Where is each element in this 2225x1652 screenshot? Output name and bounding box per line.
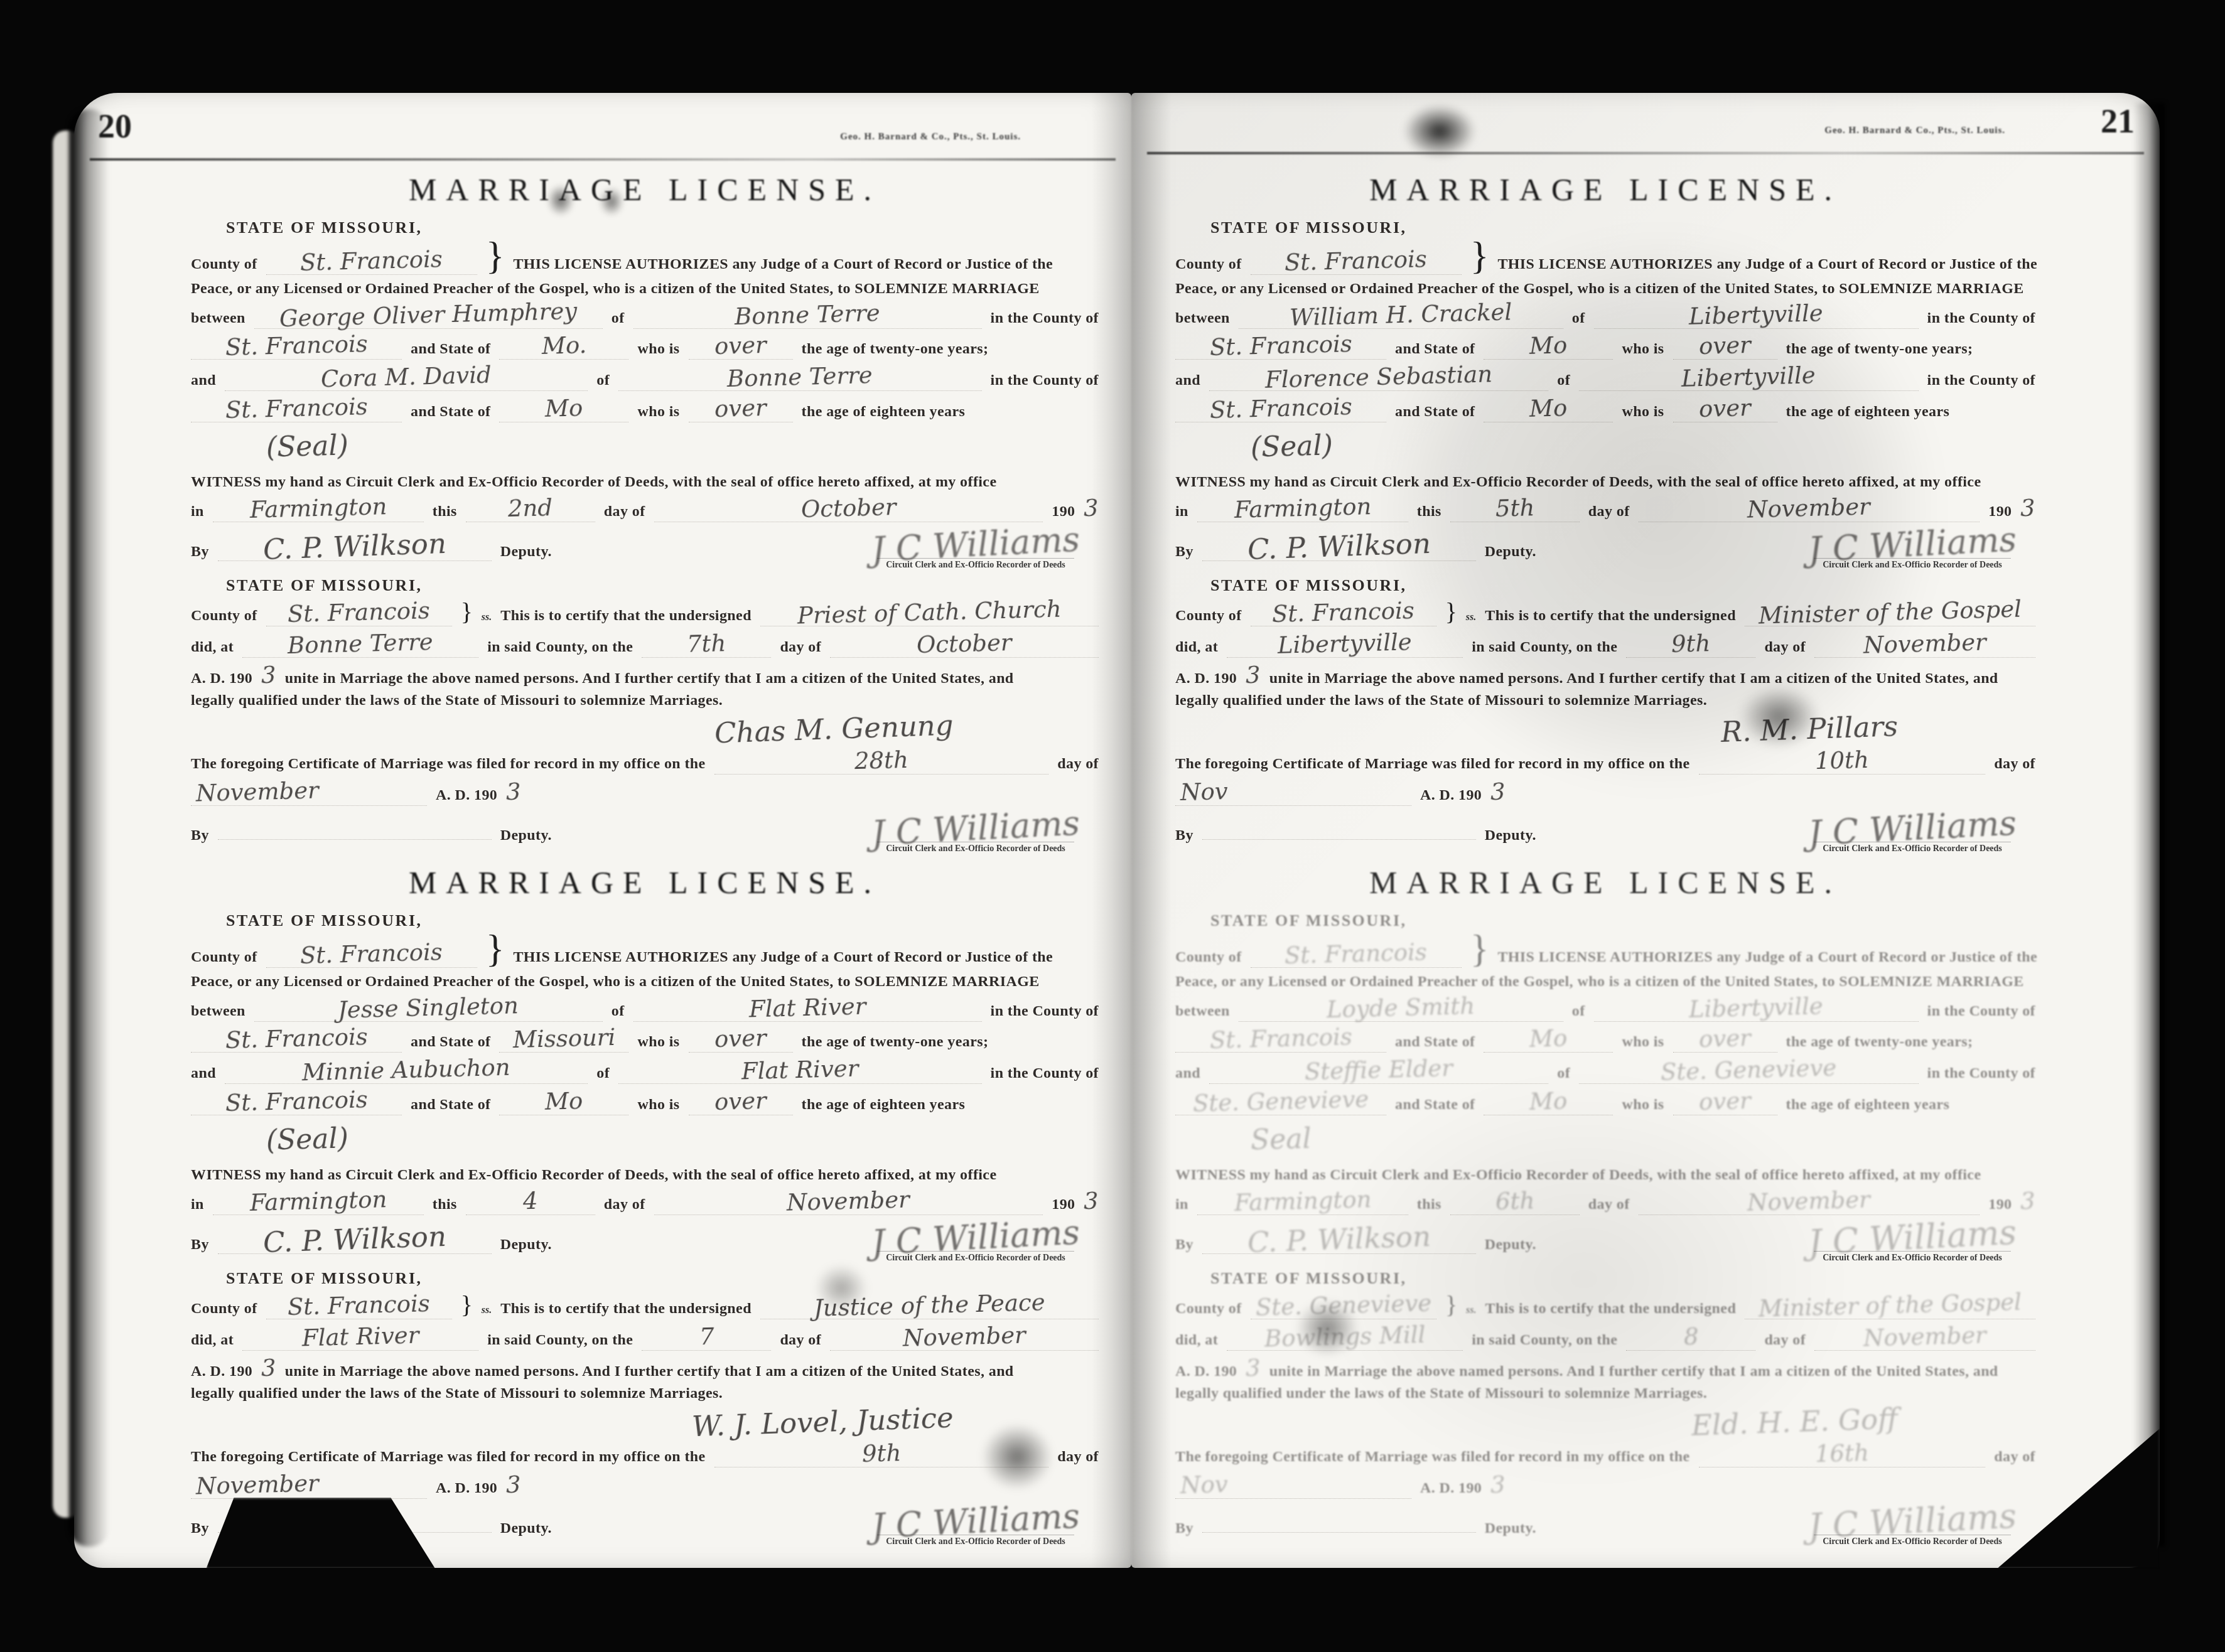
age-21-label: the age of twenty-one years; — [802, 1034, 989, 1051]
blank-line: Ste. Genevieve — [1579, 1058, 1918, 1084]
clerk-signature-block: J C Williams Circuit Clerk and Ex-Offici… — [1808, 1504, 2017, 1547]
by-label: By — [1175, 544, 1193, 560]
brace-glyph: } — [461, 603, 473, 621]
in-label: in — [191, 503, 204, 520]
blank-line: over — [689, 1090, 793, 1115]
bride-state-value: Mo — [1529, 396, 1568, 421]
officiant-title-value: Justice of the Peace — [814, 1290, 1045, 1320]
between-label: between — [191, 310, 245, 327]
bride-over-value: over — [714, 396, 767, 421]
this-label: this — [433, 503, 457, 520]
unite-text: unite in Marriage the above named person… — [285, 670, 1014, 687]
state-of-label: STATE OF MISSOURI, — [1210, 576, 1407, 595]
day-of-label: day of — [1994, 1449, 2035, 1466]
row: Peace, or any Licensed or Ordained Preac… — [191, 973, 1099, 990]
blank-line: Bonne Terre — [242, 632, 478, 658]
clerk-signature: J C Williams — [1807, 1215, 2017, 1260]
county-value: St. Francois — [1285, 247, 1428, 274]
county-of-label: County of — [191, 949, 257, 966]
witness-month-value: October — [800, 495, 896, 521]
blank-line — [218, 814, 492, 840]
row: County of St. Francois } THIS LICENSE AU… — [191, 243, 1099, 275]
this-label: this — [1417, 1196, 1441, 1213]
bride-county-value: Ste. Genevieve — [1192, 1088, 1369, 1115]
groom-state-value: Mo — [1529, 334, 1568, 358]
blank-line: William H. Crackel — [1239, 303, 1563, 329]
row: County of St. Francois } ss. This is to … — [191, 601, 1099, 626]
row: St. Francois and State of Mo who is over… — [1175, 397, 2035, 422]
page-right: 21 Geo. H. Barnard & Co., Pts., St. Loui… — [1131, 93, 2160, 1568]
who-is-label: who is — [637, 404, 679, 421]
ad-190-label: A. D. 190 — [191, 670, 252, 687]
row: STATE OF MISSOURI, — [226, 218, 1099, 237]
authorizes-text-1: THIS LICENSE AUTHORIZES any Judge of a C… — [513, 949, 1053, 966]
foregoing-text: The foregoing Certificate of Marriage wa… — [191, 756, 706, 773]
in-county-label: in the County of — [1927, 1065, 2035, 1082]
blank-line: St. Francois — [191, 397, 402, 422]
brace-glyph: } — [1445, 603, 1457, 621]
blank-line: Flat River — [633, 996, 982, 1022]
filed-month-value: November — [196, 779, 320, 805]
row: By C. P. Wilkson Deputy. J C Williams Ci… — [191, 528, 1099, 571]
blank-line: 2nd — [466, 496, 595, 522]
witness-text: WITNESS my hand as Circuit Clerk and Ex-… — [1175, 1167, 1981, 1184]
groom-residence-value: Flat River — [748, 994, 866, 1021]
row: STATE OF MISSOURI, — [1210, 911, 2035, 930]
row: Chas M. Genung — [191, 715, 1099, 743]
year-190-label: 190 — [1052, 1196, 1075, 1213]
of-label: of — [1557, 1065, 1570, 1082]
row: legally qualified under the laws of the … — [1175, 692, 2035, 709]
and-state-label: and State of — [411, 341, 490, 358]
blank-line: Nov — [1175, 780, 1411, 806]
marriage-license-form-2: MARRIAGE LICENSE. STATE OF MISSOURI, Cou… — [191, 859, 1099, 1552]
ad-190-label: A. D. 190 — [1175, 1363, 1237, 1380]
filed-month-value: Nov — [1180, 780, 1229, 804]
marriage-license-form-1: MARRIAGE LICENSE. STATE OF MISSOURI, Cou… — [191, 166, 1099, 859]
bride-name-value: Cora M. David — [321, 363, 492, 391]
clerk-signature-block: J C Williams Circuit Clerk and Ex-Offici… — [871, 528, 1080, 571]
bride-name-value: Florence Sebastian — [1265, 363, 1493, 392]
in-county-label: in the County of — [1927, 1003, 2035, 1020]
county-of-label: County of — [191, 608, 257, 625]
clerk-signature-block: J C Williams Circuit Clerk and Ex-Offici… — [1808, 812, 2017, 854]
certify-text: This is to certify that the undersigned — [1485, 608, 1736, 625]
blank-line: 9th — [714, 1442, 1049, 1467]
blank-line: 16th — [1699, 1442, 1986, 1467]
bride-name-value: Minnie Aubuchon — [302, 1056, 510, 1085]
bride-county-value: St. Francois — [1209, 395, 1352, 422]
blank-line: Minister of the Gospel — [1745, 601, 2035, 626]
row: W. J. Lovel, Justice — [191, 1408, 1099, 1436]
bride-state-value: Mo — [545, 396, 583, 421]
and-label: and — [191, 372, 216, 389]
county-value: St. Francois — [300, 940, 443, 967]
day-of-label: day of — [780, 1332, 821, 1349]
state-of-label: STATE OF MISSOURI, — [1210, 911, 1407, 930]
blank-line: 9th — [1626, 632, 1755, 658]
deputy-label: Deputy. — [1485, 827, 1536, 844]
blank-line: Missouri — [499, 1027, 628, 1053]
day-of-label: day of — [1764, 1332, 1806, 1349]
blank-line: Farmington — [213, 496, 424, 522]
groom-over-value: over — [714, 333, 767, 358]
row: The foregoing Certificate of Marriage wa… — [1175, 1442, 2035, 1467]
ss-abbreviation: ss. — [1466, 1305, 1476, 1316]
county-of-label: County of — [1175, 256, 1242, 273]
top-rule-right — [1147, 152, 2145, 154]
officiant-signature: W. J. Lovel, Justice — [691, 1403, 954, 1441]
witness-month-value: November — [787, 1188, 910, 1214]
filed-day-value: 10th — [1815, 748, 1870, 773]
age-18-label: the age of eighteen years — [1786, 1097, 1950, 1113]
certify-text: This is to certify that the undersigned — [500, 608, 752, 625]
filed-month-value: November — [196, 1472, 320, 1498]
brace-glyph: } — [1445, 1296, 1457, 1314]
blank-line: 6th — [1450, 1189, 1580, 1215]
state-of-label: STATE OF MISSOURI, — [226, 218, 423, 237]
county-of-label: County of — [1175, 608, 1242, 625]
did-at-label: did, at — [191, 1332, 234, 1349]
row: A. D. 190 3 unite in Marriage the above … — [1175, 1356, 2035, 1380]
authorizes-text-2: Peace, or any Licensed or Ordained Preac… — [191, 281, 1040, 298]
witness-day-value: 6th — [1495, 1189, 1534, 1213]
blank-line: St. Francois — [266, 1294, 452, 1319]
row: STATE OF MISSOURI, — [226, 911, 1099, 930]
bride-residence-value: Flat River — [741, 1057, 859, 1083]
state-of-label: STATE OF MISSOURI, — [226, 1269, 423, 1288]
witness-day-value: 5th — [1495, 496, 1534, 520]
blank-line: 4 — [466, 1189, 595, 1215]
blank-line: Farmington — [1197, 1189, 1408, 1215]
blank-line: C. P. Wilkson — [218, 532, 492, 561]
state-of-label: STATE OF MISSOURI, — [1210, 1269, 1407, 1288]
blank-line: St. Francois — [191, 334, 402, 360]
blank-line: Florence Sebastian — [1209, 365, 1548, 391]
deputy-label: Deputy. — [1485, 1520, 1536, 1537]
this-label: this — [433, 1196, 457, 1213]
ad-190-label: A. D. 190 — [1175, 670, 1237, 687]
witness-day-value: 2nd — [508, 496, 553, 520]
deputy-signature: C. P. Wilkson — [262, 529, 446, 564]
bride-state-value: Mo — [545, 1089, 583, 1113]
who-is-label: who is — [1622, 341, 1664, 358]
groom-county-value: St. Francois — [225, 1025, 368, 1052]
brace-glyph: } — [486, 243, 505, 270]
day-of-label: day of — [1994, 756, 2035, 773]
row: (Seal) — [266, 433, 1099, 461]
blank-line: St. Francois — [1251, 942, 1462, 968]
this-label: this — [1417, 503, 1441, 520]
blank-line: October — [654, 496, 1043, 522]
filed-day-value: 28th — [854, 748, 909, 773]
row: did, at Bonne Terre in said County, on t… — [191, 632, 1099, 658]
row: STATE OF MISSOURI, — [1210, 576, 2035, 595]
in-said-county-label: in said County, on the — [1472, 1332, 1617, 1349]
blank-line: over — [689, 1027, 793, 1053]
witness-text: WITNESS my hand as Circuit Clerk and Ex-… — [191, 1167, 996, 1184]
deputy-signature: C. P. Wilkson — [1247, 529, 1431, 564]
officiant-title-value: Priest of Cath. Church — [797, 597, 1062, 627]
by-label: By — [191, 827, 209, 844]
page-right-content: MARRIAGE LICENSE. STATE OF MISSOURI, Cou… — [1175, 166, 2035, 1552]
row: A. D. 190 3 unite in Marriage the above … — [191, 1356, 1099, 1380]
row: By Deputy. J C Williams Circuit Clerk an… — [1175, 1504, 2035, 1547]
row: in Farmington this 4 day of November 190… — [191, 1189, 1099, 1215]
state-of-label: STATE OF MISSOURI, — [226, 576, 423, 595]
deputy-label: Deputy. — [500, 1520, 552, 1537]
county-of-label: County of — [1175, 1301, 1242, 1317]
year-190-label: 190 — [1052, 503, 1075, 520]
filed-year-value: 3 — [1490, 1473, 1506, 1497]
in-said-county-label: in said County, on the — [487, 639, 633, 656]
age-18-label: the age of eighteen years — [802, 404, 966, 421]
blank-line: Mo — [1484, 1027, 1613, 1053]
by-label: By — [1175, 1236, 1193, 1253]
and-state-label: and State of — [1395, 341, 1475, 358]
witness-text: WITNESS my hand as Circuit Clerk and Ex-… — [1175, 474, 1981, 491]
blank-line: Libertyville — [1227, 632, 1463, 658]
blank-line: Jesse Singleton — [254, 996, 603, 1022]
marriage-month-value: November — [1863, 630, 1987, 657]
blank-line: St. Francois — [1251, 601, 1436, 626]
ss-abbreviation: ss. — [1466, 612, 1476, 623]
deputy-label: Deputy. — [500, 827, 552, 844]
foregoing-text: The foregoing Certificate of Marriage wa… — [1175, 1449, 1690, 1466]
blank-line: C. P. Wilkson — [1202, 532, 1476, 561]
day-of-label: day of — [1588, 503, 1630, 520]
blank-line: Minister of the Gospel — [1745, 1294, 2035, 1319]
blank-line: November — [1814, 1325, 2035, 1351]
blank-line: over — [1673, 334, 1777, 360]
marriage-year-value: 3 — [1246, 663, 1261, 687]
qualified-text: legally qualified under the laws of the … — [1175, 692, 1707, 709]
form-title: MARRIAGE LICENSE. — [1175, 171, 2035, 208]
form-title: MARRIAGE LICENSE. — [191, 864, 1099, 901]
and-label: and — [1175, 372, 1200, 389]
who-is-label: who is — [637, 341, 679, 358]
groom-name-value: George Oliver Humphrey — [279, 299, 578, 330]
witness-place-value: Farmington — [1234, 1188, 1371, 1215]
blank-line: Priest of Cath. Church — [760, 601, 1099, 626]
blank-line: Bonne Terre — [633, 303, 982, 329]
filed-day-value: 16th — [1815, 1441, 1870, 1466]
page-number-left: 20 — [98, 107, 132, 146]
brace-glyph: } — [486, 936, 505, 963]
deputy-label: Deputy. — [500, 1236, 552, 1253]
marriage-day-value: 9th — [1671, 631, 1711, 656]
witness-year-value: 3 — [2020, 496, 2036, 520]
brace-glyph: } — [461, 1296, 473, 1314]
marriage-day-value: 7 — [699, 1324, 714, 1348]
who-is-label: who is — [1622, 404, 1664, 421]
blank-line: 8 — [1626, 1325, 1755, 1351]
deputy-label: Deputy. — [1485, 544, 1536, 560]
of-label: of — [596, 1065, 610, 1082]
year-190-label: 190 — [1988, 503, 2012, 520]
row: in Farmington this 2nd day of October 19… — [191, 496, 1099, 522]
blank-line: over — [689, 397, 793, 422]
row: The foregoing Certificate of Marriage wa… — [191, 1442, 1099, 1467]
and-state-label: and State of — [411, 1097, 490, 1113]
row: By Deputy. J C Williams Circuit Clerk an… — [1175, 812, 2035, 854]
of-label: of — [596, 372, 610, 389]
and-label: and — [1175, 1065, 1200, 1082]
witness-place-value: Farmington — [249, 495, 387, 522]
blank-line: Mo — [1484, 1090, 1613, 1115]
groom-name-value: William H. Crackel — [1290, 300, 1512, 329]
row: STATE OF MISSOURI, — [1210, 1269, 2035, 1288]
witness-year-value: 3 — [1084, 496, 1099, 520]
row: (Seal) — [266, 1126, 1099, 1154]
marriage-year-value: 3 — [1246, 1356, 1261, 1380]
and-state-label: and State of — [411, 1034, 490, 1051]
groom-residence-value: Bonne Terre — [735, 301, 881, 328]
row: St. Francois and State of Mo who is over… — [1175, 334, 2035, 360]
day-of-label: day of — [780, 639, 821, 656]
ad-190-label: A. D. 190 — [1420, 1480, 1482, 1497]
county-value: St. Francois — [300, 247, 443, 274]
authorizes-text-1: THIS LICENSE AUTHORIZES any Judge of a C… — [513, 256, 1053, 273]
row: Ste. Genevieve and State of Mo who is ov… — [1175, 1090, 2035, 1115]
day-of-label: day of — [1057, 1449, 1099, 1466]
certify-text: This is to certify that the undersigned — [500, 1301, 752, 1317]
bride-county-value: St. Francois — [225, 1088, 368, 1115]
in-label: in — [1175, 1196, 1188, 1213]
deputy-label: Deputy. — [1485, 1236, 1536, 1253]
blank-line: over — [689, 334, 793, 360]
row: By C. P. Wilkson Deputy. J C Williams Ci… — [1175, 1221, 2035, 1263]
day-of-label: day of — [1588, 1196, 1630, 1213]
marriage-place-value: Flat River — [302, 1323, 419, 1349]
filed-year-value: 3 — [1490, 780, 1506, 804]
row: Peace, or any Licensed or Ordained Preac… — [1175, 281, 2035, 298]
row: Peace, or any Licensed or Ordained Preac… — [191, 281, 1099, 298]
certificate-county-value: St. Francois — [288, 599, 431, 626]
qualified-text: legally qualified under the laws of the … — [191, 1385, 723, 1402]
row: November A. D. 190 3 — [191, 780, 1099, 806]
row: County of Ste. Genevieve } ss. This is t… — [1175, 1294, 2035, 1319]
row: did, at Flat River in said County, on th… — [191, 1325, 1099, 1351]
row: St. Francois and State of Mo who is over… — [1175, 1027, 2035, 1053]
who-is-label: who is — [637, 1034, 679, 1051]
authorizes-text-2: Peace, or any Licensed or Ordained Preac… — [1175, 281, 2024, 298]
row: Seal — [1251, 1126, 2035, 1154]
age-18-label: the age of eighteen years — [1786, 404, 1950, 421]
row: WITNESS my hand as Circuit Clerk and Ex-… — [191, 1167, 1099, 1184]
row: County of St. Francois } THIS LICENSE AU… — [191, 936, 1099, 968]
did-at-label: did, at — [1175, 639, 1218, 656]
by-label: By — [191, 1236, 209, 1253]
officiant-signature: Chas M. Genung — [714, 711, 954, 748]
witness-year-value: 3 — [1084, 1189, 1099, 1213]
deputy-label: Deputy. — [500, 544, 552, 560]
blank-line: Justice of the Peace — [760, 1294, 1099, 1319]
blank-line: Bowlings Mill — [1227, 1325, 1463, 1351]
marriage-year-value: 3 — [261, 663, 277, 687]
blank-line: 28th — [714, 749, 1049, 775]
row: St. Francois and State of Mo. who is ove… — [191, 334, 1099, 360]
state-of-label: STATE OF MISSOURI, — [226, 911, 423, 930]
between-label: between — [1175, 1003, 1230, 1020]
groom-state-value: Mo — [1529, 1027, 1568, 1051]
row: County of St. Francois } THIS LICENSE AU… — [1175, 936, 2035, 968]
in-county-label: in the County of — [1927, 310, 2035, 327]
deputy-signature: C. P. Wilkson — [262, 1222, 446, 1257]
day-of-label: day of — [1764, 639, 1806, 656]
row: STATE OF MISSOURI, — [226, 576, 1099, 595]
bride-residence-value: Bonne Terre — [727, 363, 873, 390]
blank-line: C. P. Wilkson — [218, 1225, 492, 1254]
bride-over-value: over — [1699, 1089, 1752, 1113]
day-of-label: day of — [604, 1196, 645, 1213]
blank-line: Mo — [1484, 334, 1613, 360]
blank-line — [1202, 1507, 1476, 1533]
bride-residence-value: Ste. Genevieve — [1661, 1056, 1837, 1084]
row: did, at Bowlings Mill in said County, on… — [1175, 1325, 2035, 1351]
clerk-signature-block: J C Williams Circuit Clerk and Ex-Offici… — [871, 812, 1080, 854]
who-is-label: who is — [1622, 1034, 1664, 1051]
brace-glyph: } — [1470, 243, 1489, 270]
marriage-license-form-3: MARRIAGE LICENSE. STATE OF MISSOURI, Cou… — [1175, 166, 2035, 859]
clerk-signature-block: J C Williams Circuit Clerk and Ex-Offici… — [871, 1504, 1080, 1547]
filed-year-value: 3 — [506, 780, 522, 804]
blank-line: St. Francois — [1175, 1027, 1386, 1053]
deputy-signature: C. P. Wilkson — [1247, 1222, 1431, 1257]
ad-190-label: A. D. 190 — [1420, 787, 1482, 804]
groom-over-value: over — [1699, 1026, 1752, 1051]
who-is-label: who is — [637, 1097, 679, 1113]
row: R. M. Pillars — [1175, 715, 2035, 743]
by-label: By — [1175, 1520, 1193, 1537]
ad-190-label: A. D. 190 — [191, 1363, 252, 1380]
blank-line: November — [1639, 496, 1980, 522]
row: A. D. 190 3 unite in Marriage the above … — [191, 663, 1099, 687]
witness-month-value: November — [1747, 1188, 1871, 1214]
of-label: of — [1557, 372, 1570, 389]
top-rule-left — [90, 158, 1116, 161]
unite-text: unite in Marriage the above named person… — [1269, 1363, 1998, 1380]
and-state-label: and State of — [1395, 404, 1475, 421]
blank-line: Ste. Genevieve — [1175, 1090, 1386, 1115]
blank-line: November — [830, 1325, 1099, 1351]
row: St. Francois and State of Missouri who i… — [191, 1027, 1099, 1053]
in-said-county-label: in said County, on the — [1472, 639, 1617, 656]
row: WITNESS my hand as Circuit Clerk and Ex-… — [1175, 1167, 2035, 1184]
in-label: in — [191, 1196, 204, 1213]
county-of-label: County of — [191, 256, 257, 273]
qualified-text: legally qualified under the laws of the … — [191, 692, 723, 709]
blank-line: Cora M. David — [225, 365, 588, 391]
and-state-label: and State of — [1395, 1034, 1475, 1051]
blank-line: Mo — [499, 1090, 628, 1115]
blank-line: Steffie Elder — [1209, 1058, 1548, 1084]
blank-line: Flat River — [242, 1325, 478, 1351]
marriage-place-value: Libertyville — [1278, 630, 1413, 657]
row: The foregoing Certificate of Marriage wa… — [1175, 749, 2035, 775]
row: between George Oliver Humphrey of Bonne … — [191, 303, 1099, 329]
row: and Florence Sebastian of Libertyville i… — [1175, 365, 2035, 391]
blank-line: Mo. — [499, 334, 628, 360]
brace-glyph: } — [1470, 936, 1489, 963]
filed-day-value: 9th — [861, 1441, 901, 1466]
row: and Minnie Aubuchon of Flat River in the… — [191, 1058, 1099, 1084]
in-county-label: in the County of — [991, 1003, 1099, 1020]
clerk-signature: J C Williams — [871, 1215, 1080, 1260]
blank-line: Mo — [1484, 397, 1613, 422]
page-left: 20 Geo. H. Barnard & Co., Pts., St. Loui… — [74, 93, 1131, 1568]
witness-place-value: Farmington — [1234, 495, 1371, 522]
